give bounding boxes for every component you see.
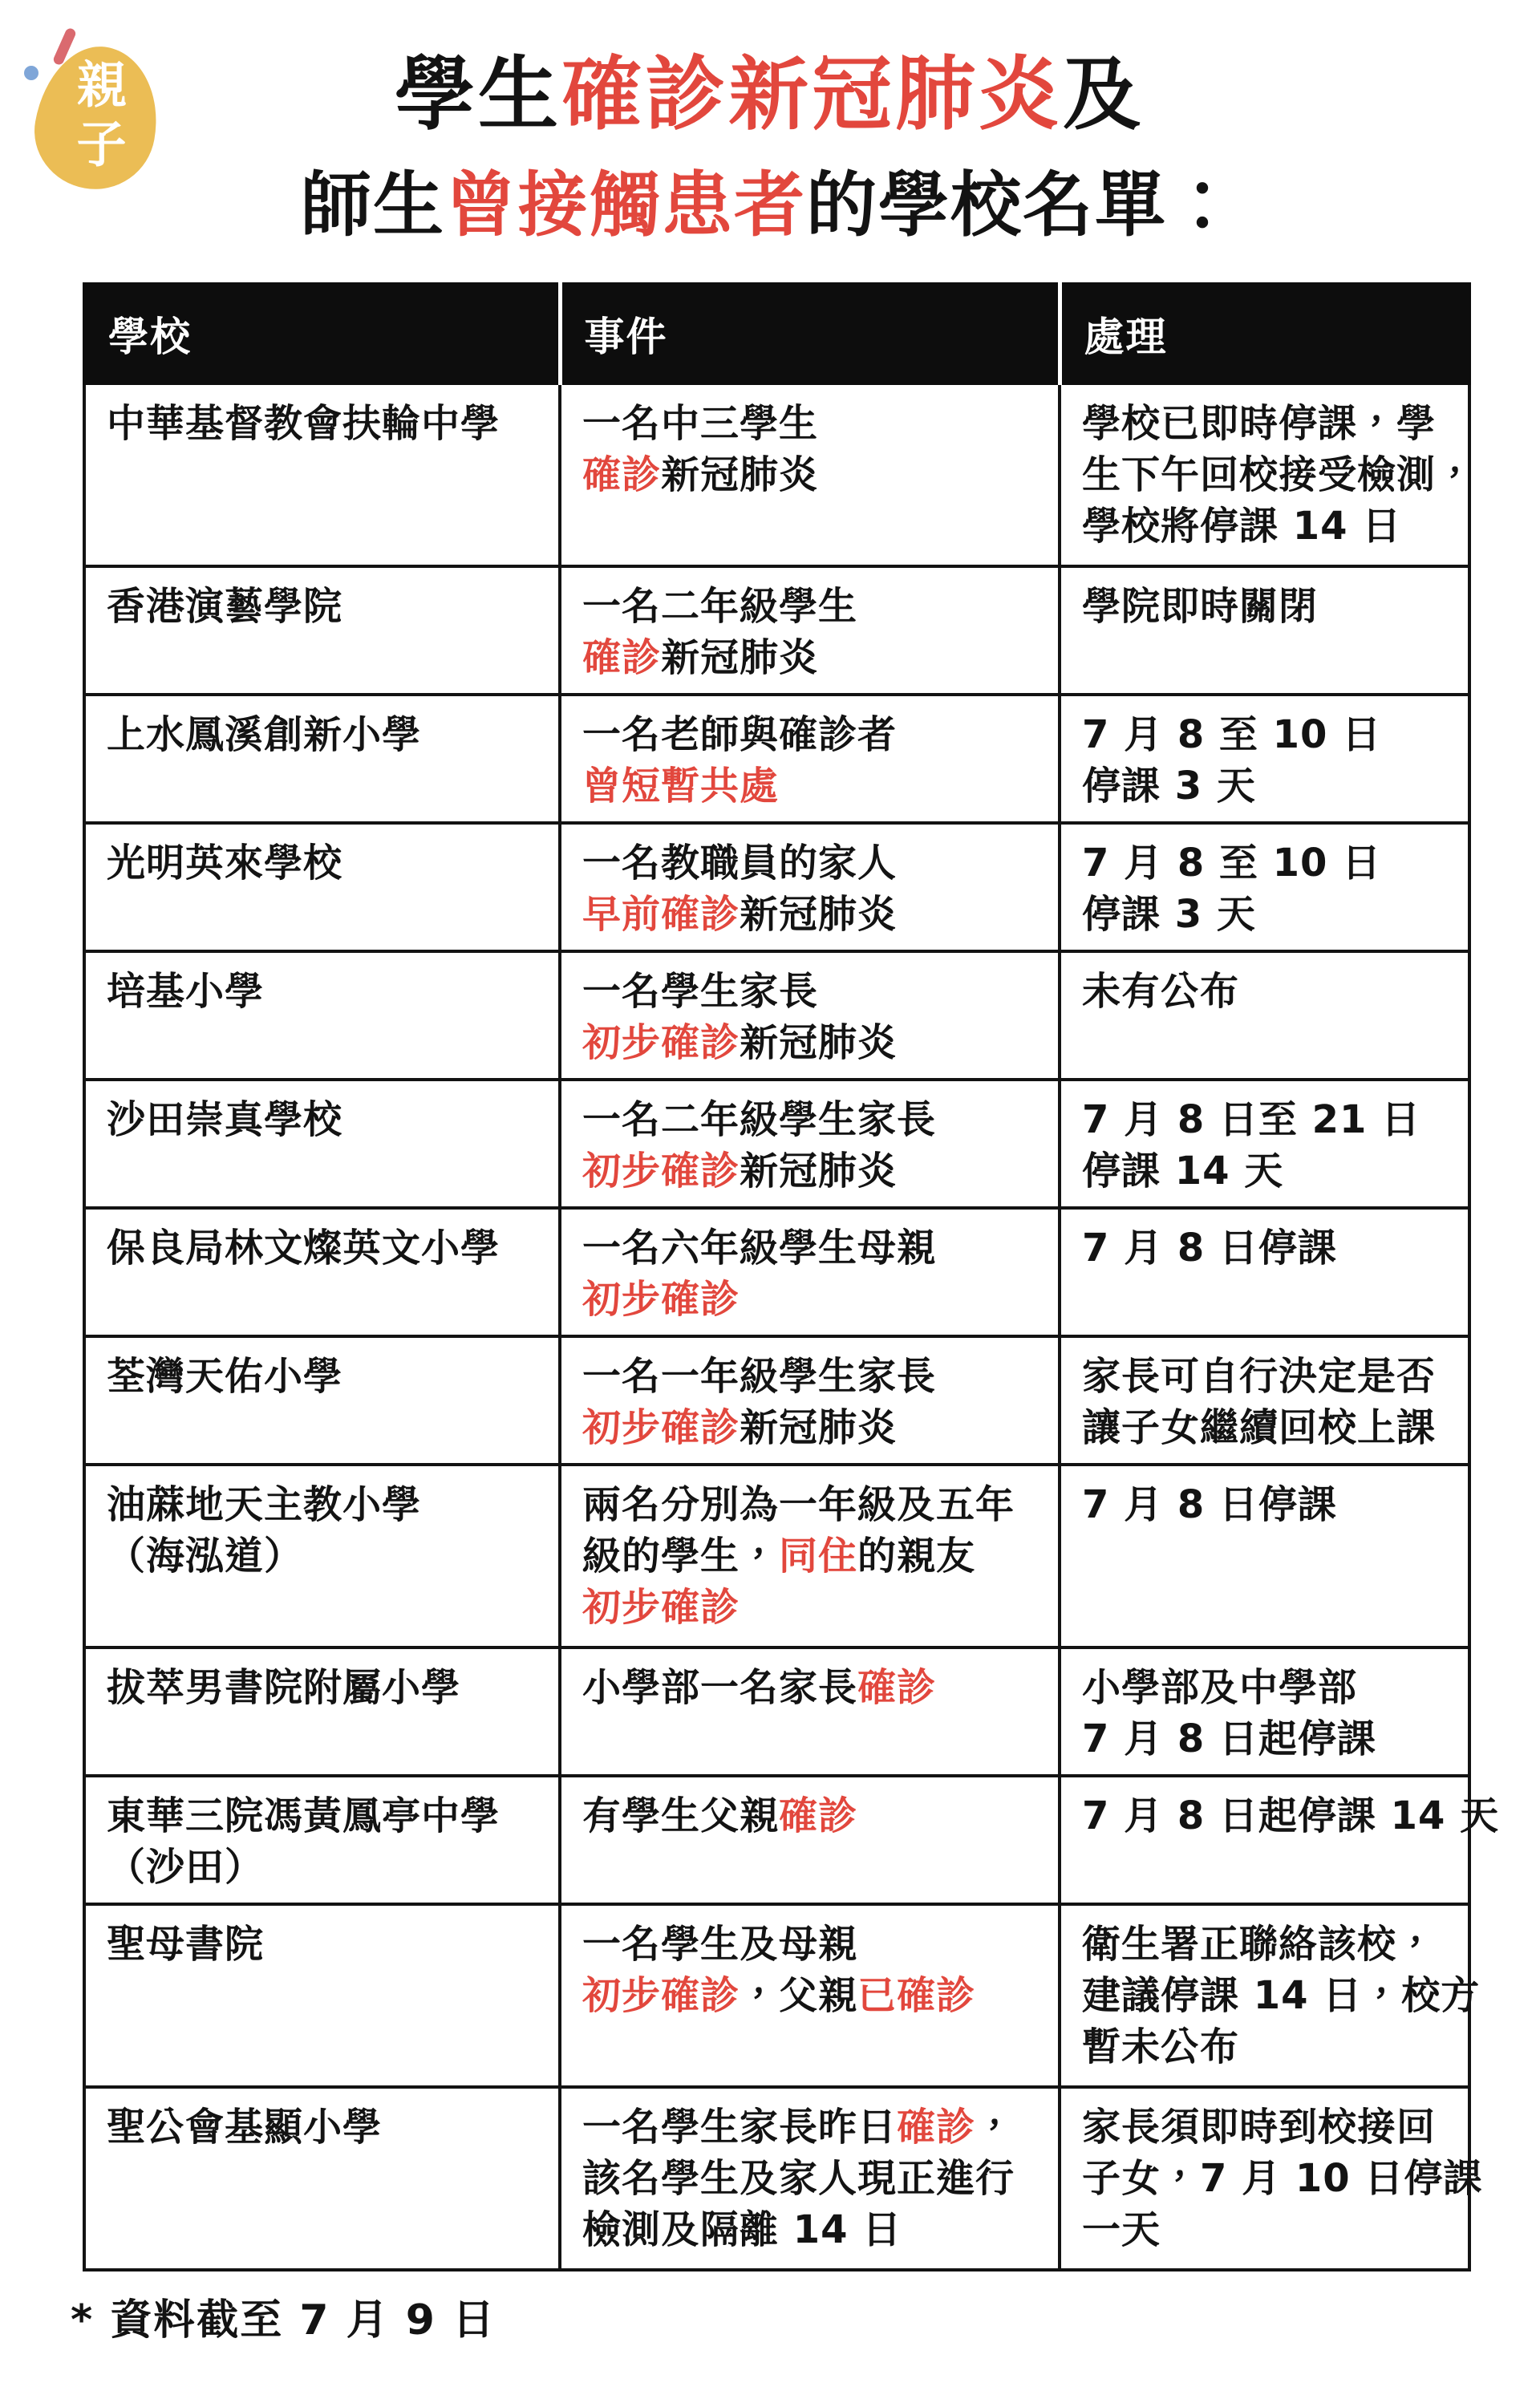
table-row: 聖母書院一名學生及母親初步確診，父親已確診衛生署正聯絡該校，建議停課 14 日，… bbox=[84, 1904, 1469, 2087]
text-segment: 師生 bbox=[301, 164, 445, 246]
text-segment: 7 月 8 至 10 日 bbox=[1082, 841, 1381, 885]
handling-cell: 家長須即時到校接回子女，7 月 10 日停課一天 bbox=[1060, 2087, 1469, 2270]
text-segment: 小學部及中學部 bbox=[1082, 1665, 1357, 1710]
cell-line: 衛生署正聯絡該校， bbox=[1082, 1919, 1449, 1970]
event-cell: 有學生父親確診 bbox=[560, 1776, 1060, 1904]
cell-line: 讓子女繼續回校上課 bbox=[1082, 1402, 1449, 1453]
school-cell: 拔萃男書院附屬小學 bbox=[84, 1647, 560, 1776]
cell-line: 東華三院馮黃鳳亭中學 bbox=[107, 1790, 539, 1842]
cell-line: 一天 bbox=[1082, 2204, 1449, 2255]
text-segment: 聖母書院 bbox=[107, 1922, 264, 1967]
event-cell: 一名二年級學生家長初步確診新冠肺炎 bbox=[560, 1080, 1060, 1208]
handling-cell: 7 月 8 日停課 bbox=[1060, 1465, 1469, 1647]
cell-line: 家長須即時到校接回 bbox=[1082, 2101, 1449, 2153]
cell-line: 一名學生及母親 bbox=[582, 1919, 1039, 1970]
table-row: 培基小學一名學生家長初步確診新冠肺炎未有公布 bbox=[84, 951, 1469, 1080]
handling-cell: 學校已即時停課，學生下午回校接受檢測，學校將停課 14 日 bbox=[1060, 383, 1469, 566]
cell-line: 7 月 8 日停課 bbox=[1082, 1479, 1449, 1530]
table-row: 上水鳳溪創新小學一名老師與確診者曾短暫共處7 月 8 至 10 日停課 3 天 bbox=[84, 695, 1469, 823]
text-segment: 一名學生家長昨日 bbox=[582, 2105, 897, 2150]
text-segment: 家長須即時到校接回 bbox=[1082, 2105, 1436, 2150]
text-segment: 及 bbox=[1062, 47, 1145, 141]
school-cell: 油蔴地天主教小學（海泓道） bbox=[84, 1465, 560, 1647]
cell-line: 小學部及中學部 bbox=[1082, 1662, 1449, 1713]
page: 親子 學生確診新冠肺炎及 師生曾接觸患者的學校名單： 學校事件處理 中華基督教會… bbox=[0, 0, 1540, 2387]
cell-line: 一名六年級學生母親 bbox=[582, 1222, 1039, 1274]
text-segment: 有學生父親 bbox=[582, 1793, 779, 1838]
handling-cell: 7 月 8 日至 21 日停課 14 天 bbox=[1060, 1080, 1469, 1208]
cell-line: 有學生父親確診 bbox=[582, 1790, 1039, 1842]
text-segment: 中華基督教會扶輪中學 bbox=[107, 401, 500, 446]
text-segment: 停課 14 天 bbox=[1082, 1149, 1283, 1193]
text-segment: 一名六年級學生母親 bbox=[582, 1226, 936, 1270]
cell-line: 初步確診，父親已確診 bbox=[582, 1970, 1039, 2021]
event-cell: 一名學生家長初步確診新冠肺炎 bbox=[560, 951, 1060, 1080]
text-segment: 7 月 8 日起停課 bbox=[1082, 1716, 1376, 1761]
cell-line: 未有公布 bbox=[1082, 966, 1449, 1017]
text-segment: 沙田崇真學校 bbox=[107, 1097, 342, 1142]
text-segment: 上水鳳溪創新小學 bbox=[107, 712, 421, 757]
school-cell: 培基小學 bbox=[84, 951, 560, 1080]
table-row: 中華基督教會扶輪中學一名中三學生確診新冠肺炎學校已即時停課，學生下午回校接受檢測… bbox=[84, 383, 1469, 566]
text-segment: 7 月 8 日起停課 14 天 bbox=[1082, 1793, 1499, 1838]
cell-line: 一名二年級學生 bbox=[582, 581, 1039, 632]
event-cell: 一名老師與確診者曾短暫共處 bbox=[560, 695, 1060, 823]
table-header-row: 學校事件處理 bbox=[84, 284, 1469, 383]
text-segment: 保良局林文燦英文小學 bbox=[107, 1226, 500, 1270]
table-row: 拔萃男書院附屬小學小學部一名家長確診小學部及中學部7 月 8 日起停課 bbox=[84, 1647, 1469, 1776]
cell-line: 初步確診新冠肺炎 bbox=[582, 1402, 1039, 1453]
column-header-handling: 處理 bbox=[1060, 284, 1469, 383]
cell-line: 停課 3 天 bbox=[1082, 889, 1449, 940]
text-segment: 讓子女繼續回校上課 bbox=[1082, 1405, 1436, 1450]
text-segment: 的親友 bbox=[857, 1534, 975, 1578]
text-segment: 停課 3 天 bbox=[1082, 764, 1256, 808]
handling-cell: 家長可自行決定是否讓子女繼續回校上課 bbox=[1060, 1336, 1469, 1465]
event-cell: 一名中三學生確診新冠肺炎 bbox=[560, 383, 1060, 566]
text-segment: 兩名分別為一年級及五年 bbox=[582, 1482, 1015, 1527]
cell-line: 確診新冠肺炎 bbox=[582, 632, 1039, 683]
cell-line: 停課 14 天 bbox=[1082, 1145, 1449, 1197]
table-row: 保良局林文燦英文小學一名六年級學生母親初步確診7 月 8 日停課 bbox=[84, 1208, 1469, 1336]
text-segment: 7 月 8 日停課 bbox=[1082, 1482, 1337, 1527]
text-segment: 一名二年級學生 bbox=[582, 584, 857, 629]
table-row: 荃灣天佑小學一名一年級學生家長初步確診新冠肺炎家長可自行決定是否讓子女繼續回校上… bbox=[84, 1336, 1469, 1465]
text-segment: ，父親 bbox=[740, 1973, 857, 2018]
text-segment: 一名二年級學生家長 bbox=[582, 1097, 936, 1142]
cell-line: 該名學生及家人現正進行 bbox=[582, 2153, 1039, 2204]
handling-cell: 未有公布 bbox=[1060, 951, 1469, 1080]
cell-line: 暫未公布 bbox=[1082, 2021, 1449, 2073]
text-segment: 級的學生， bbox=[582, 1534, 779, 1578]
logo-text: 親子 bbox=[37, 47, 157, 189]
text-segment: 學校已即時停課，學 bbox=[1082, 401, 1436, 446]
text-segment: 7 月 8 至 10 日 bbox=[1082, 712, 1381, 757]
text-segment: 新冠肺炎 bbox=[740, 892, 897, 937]
text-segment: ， bbox=[975, 2105, 1015, 2150]
cell-line: 初步確診新冠肺炎 bbox=[582, 1017, 1039, 1068]
cell-line: 級的學生，同住的親友 bbox=[582, 1530, 1039, 1582]
page-title: 學生確診新冠肺炎及 師生曾接觸患者的學校名單： bbox=[0, 40, 1540, 253]
cell-line: 初步確診新冠肺炎 bbox=[582, 1145, 1039, 1197]
cell-line: 一名學生家長 bbox=[582, 966, 1039, 1017]
text-segment: 一名教職員的家人 bbox=[582, 841, 897, 885]
cell-line: 初步確診 bbox=[582, 1582, 1039, 1633]
text-segment: 新冠肺炎 bbox=[740, 1405, 897, 1450]
event-cell: 小學部一名家長確診 bbox=[560, 1647, 1060, 1776]
cell-line: 子女，7 月 10 日停課 bbox=[1082, 2153, 1449, 2204]
cell-line: 香港演藝學院 bbox=[107, 581, 539, 632]
highlighted-text: 初步確診 bbox=[582, 1405, 740, 1450]
handling-cell: 學院即時關閉 bbox=[1060, 566, 1469, 695]
event-cell: 一名一年級學生家長初步確診新冠肺炎 bbox=[560, 1336, 1060, 1465]
event-cell: 一名教職員的家人早前確診新冠肺炎 bbox=[560, 823, 1060, 951]
highlighted-text: 確診 bbox=[897, 2105, 975, 2150]
text-segment: 新冠肺炎 bbox=[661, 452, 818, 497]
cell-line: 生下午回校接受檢測， bbox=[1082, 449, 1449, 500]
highlighted-text: 確診 bbox=[779, 1793, 857, 1838]
column-header-school: 學校 bbox=[84, 284, 560, 383]
school-cell: 保良局林文燦英文小學 bbox=[84, 1208, 560, 1336]
text-segment: 衛生署正聯絡該校， bbox=[1082, 1922, 1436, 1967]
cell-line: 上水鳳溪創新小學 bbox=[107, 709, 539, 760]
cell-line: 初步確診 bbox=[582, 1274, 1039, 1325]
school-cell: 上水鳳溪創新小學 bbox=[84, 695, 560, 823]
cell-line: 7 月 8 日停課 bbox=[1082, 1222, 1449, 1274]
text-segment: 7 月 8 日至 21 日 bbox=[1082, 1097, 1420, 1142]
text-segment: 香港演藝學院 bbox=[107, 584, 342, 629]
text-segment: 暫未公布 bbox=[1082, 2024, 1239, 2069]
cell-line: 一名中三學生 bbox=[582, 398, 1039, 449]
text-segment: 新冠肺炎 bbox=[740, 1020, 897, 1065]
column-header-event: 事件 bbox=[560, 284, 1060, 383]
text-segment: 建議停課 14 日，校方 bbox=[1082, 1973, 1480, 2018]
cell-line: 拔萃男書院附屬小學 bbox=[107, 1662, 539, 1713]
school-cell: 聖母書院 bbox=[84, 1904, 560, 2087]
highlighted-text: 曾接觸患者 bbox=[445, 164, 806, 246]
text-segment: 停課 3 天 bbox=[1082, 892, 1256, 937]
table-row: 沙田崇真學校一名二年級學生家長初步確診新冠肺炎7 月 8 日至 21 日停課 1… bbox=[84, 1080, 1469, 1208]
event-cell: 一名學生及母親初步確診，父親已確診 bbox=[560, 1904, 1060, 2087]
cell-line: 7 月 8 至 10 日 bbox=[1082, 837, 1449, 889]
cell-line: 家長可自行決定是否 bbox=[1082, 1351, 1449, 1402]
handling-cell: 小學部及中學部7 月 8 日起停課 bbox=[1060, 1647, 1469, 1776]
text-segment: 油蔴地天主教小學 bbox=[107, 1482, 421, 1527]
event-cell: 一名學生家長昨日確診，該名學生及家人現正進行檢測及隔離 14 日 bbox=[560, 2087, 1060, 2270]
cell-line: 中華基督教會扶輪中學 bbox=[107, 398, 539, 449]
text-segment: 聖公會基顯小學 bbox=[107, 2105, 382, 2150]
text-segment: 一天 bbox=[1082, 2207, 1161, 2252]
cell-line: 學校將停課 14 日 bbox=[1082, 500, 1449, 552]
cell-line: 學院即時關閉 bbox=[1082, 581, 1449, 632]
cell-line: 曾短暫共處 bbox=[582, 760, 1039, 812]
table-row: 光明英來學校一名教職員的家人早前確診新冠肺炎7 月 8 至 10 日停課 3 天 bbox=[84, 823, 1469, 951]
text-segment: 新冠肺炎 bbox=[661, 635, 818, 680]
text-segment: 一名老師與確診者 bbox=[582, 712, 897, 757]
cell-line: 建議停課 14 日，校方 bbox=[1082, 1970, 1449, 2021]
highlighted-text: 確診新冠肺炎 bbox=[561, 47, 1062, 141]
text-segment: 一名學生及母親 bbox=[582, 1922, 857, 1967]
cell-line: （海泓道） bbox=[107, 1530, 539, 1582]
cell-line: 確診新冠肺炎 bbox=[582, 449, 1039, 500]
cell-line: 一名學生家長昨日確診， bbox=[582, 2101, 1039, 2153]
text-segment: 培基小學 bbox=[107, 969, 264, 1014]
cell-line: 一名教職員的家人 bbox=[582, 837, 1039, 889]
text-segment: （沙田） bbox=[107, 1845, 264, 1890]
title-line-1: 學生確診新冠肺炎及 bbox=[0, 40, 1540, 148]
cell-line: 保良局林文燦英文小學 bbox=[107, 1222, 539, 1274]
text-segment: 一名中三學生 bbox=[582, 401, 818, 446]
logo-egg-icon: 親子 bbox=[37, 47, 157, 189]
schools-table: 學校事件處理 中華基督教會扶輪中學一名中三學生確診新冠肺炎學校已即時停課，學生下… bbox=[83, 282, 1471, 2271]
cell-line: 聖公會基顯小學 bbox=[107, 2101, 539, 2153]
table-row: 香港演藝學院一名二年級學生確診新冠肺炎學院即時關閉 bbox=[84, 566, 1469, 695]
text-segment: 7 月 8 日停課 bbox=[1082, 1226, 1337, 1270]
cell-line: 油蔴地天主教小學 bbox=[107, 1479, 539, 1530]
text-segment: 子女，7 月 10 日停課 bbox=[1082, 2156, 1482, 2201]
highlighted-text: 初步確診 bbox=[582, 1020, 740, 1065]
text-segment: 檢測及隔離 14 日 bbox=[582, 2207, 902, 2252]
cell-line: 荃灣天佑小學 bbox=[107, 1351, 539, 1402]
cell-line: 7 月 8 至 10 日 bbox=[1082, 709, 1449, 760]
text-segment: 生下午回校接受檢測， bbox=[1082, 452, 1475, 497]
school-cell: 沙田崇真學校 bbox=[84, 1080, 560, 1208]
handling-cell: 衛生署正聯絡該校，建議停課 14 日，校方暫未公布 bbox=[1060, 1904, 1469, 2087]
text-segment: 學院即時關閉 bbox=[1082, 584, 1318, 629]
cell-line: （沙田） bbox=[107, 1842, 539, 1893]
highlighted-text: 初步確診 bbox=[582, 1585, 740, 1630]
text-segment: 一名一年級學生家長 bbox=[582, 1354, 936, 1399]
text-segment: 東華三院馮黃鳳亭中學 bbox=[107, 1793, 500, 1838]
handling-cell: 7 月 8 至 10 日停課 3 天 bbox=[1060, 695, 1469, 823]
highlighted-text: 初步確診 bbox=[582, 1149, 740, 1193]
cell-line: 小學部一名家長確診 bbox=[582, 1662, 1039, 1713]
text-segment: 光明英來學校 bbox=[107, 841, 342, 885]
handling-cell: 7 月 8 日停課 bbox=[1060, 1208, 1469, 1336]
event-cell: 一名二年級學生確診新冠肺炎 bbox=[560, 566, 1060, 695]
text-segment: 一名學生家長 bbox=[582, 969, 818, 1014]
cell-line: 停課 3 天 bbox=[1082, 760, 1449, 812]
highlighted-text: 確診 bbox=[857, 1665, 936, 1710]
handling-cell: 7 月 8 至 10 日停課 3 天 bbox=[1060, 823, 1469, 951]
text-segment: 未有公布 bbox=[1082, 969, 1239, 1014]
text-segment: 的學校名單： bbox=[806, 164, 1239, 246]
school-cell: 東華三院馮黃鳳亭中學（沙田） bbox=[84, 1776, 560, 1904]
cell-line: 7 月 8 日起停課 14 天 bbox=[1082, 1790, 1449, 1842]
highlighted-text: 早前確診 bbox=[582, 892, 740, 937]
cell-line: 學校已即時停課，學 bbox=[1082, 398, 1449, 449]
text-segment: 家長可自行決定是否 bbox=[1082, 1354, 1436, 1399]
text-segment: 荃灣天佑小學 bbox=[107, 1354, 342, 1399]
text-segment: （海泓道） bbox=[107, 1534, 303, 1578]
cell-line: 一名一年級學生家長 bbox=[582, 1351, 1039, 1402]
event-cell: 一名六年級學生母親初步確診 bbox=[560, 1208, 1060, 1336]
highlighted-text: 初步確診 bbox=[582, 1277, 740, 1322]
cell-line: 7 月 8 日至 21 日 bbox=[1082, 1094, 1449, 1145]
table-row: 東華三院馮黃鳳亭中學（沙田）有學生父親確診7 月 8 日起停課 14 天 bbox=[84, 1776, 1469, 1904]
cell-line: 兩名分別為一年級及五年 bbox=[582, 1479, 1039, 1530]
text-segment: 新冠肺炎 bbox=[740, 1149, 897, 1193]
school-cell: 聖公會基顯小學 bbox=[84, 2087, 560, 2270]
highlighted-text: 曾短暫共處 bbox=[582, 764, 779, 808]
text-segment: 小學部一名家長 bbox=[582, 1665, 857, 1710]
handling-cell: 7 月 8 日起停課 14 天 bbox=[1060, 1776, 1469, 1904]
text-segment: 學校將停課 14 日 bbox=[1082, 504, 1401, 549]
title-line-2: 師生曾接觸患者的學校名單： bbox=[0, 158, 1540, 253]
footer-note: * 資料截至 7 月 9 日 bbox=[71, 2286, 496, 2346]
school-cell: 中華基督教會扶輪中學 bbox=[84, 383, 560, 566]
highlighted-text: 已確診 bbox=[857, 1973, 975, 2018]
school-cell: 荃灣天佑小學 bbox=[84, 1336, 560, 1465]
highlighted-text: 確診 bbox=[582, 452, 661, 497]
highlighted-text: 初步確診 bbox=[582, 1973, 740, 2018]
cell-line: 培基小學 bbox=[107, 966, 539, 1017]
cell-line: 光明英來學校 bbox=[107, 837, 539, 889]
school-cell: 香港演藝學院 bbox=[84, 566, 560, 695]
cell-line: 一名二年級學生家長 bbox=[582, 1094, 1039, 1145]
event-cell: 兩名分別為一年級及五年級的學生，同住的親友初步確診 bbox=[560, 1465, 1060, 1647]
cell-line: 沙田崇真學校 bbox=[107, 1094, 539, 1145]
text-segment: 該名學生及家人現正進行 bbox=[582, 2156, 1015, 2201]
table-row: 油蔴地天主教小學（海泓道）兩名分別為一年級及五年級的學生，同住的親友初步確診7 … bbox=[84, 1465, 1469, 1647]
text-segment: 學生 bbox=[395, 47, 561, 141]
highlighted-text: 同住 bbox=[779, 1534, 857, 1578]
cell-line: 一名老師與確診者 bbox=[582, 709, 1039, 760]
cell-line: 檢測及隔離 14 日 bbox=[582, 2204, 1039, 2255]
table-row: 聖公會基顯小學一名學生家長昨日確診，該名學生及家人現正進行檢測及隔離 14 日家… bbox=[84, 2087, 1469, 2270]
highlighted-text: 確診 bbox=[582, 635, 661, 680]
cell-line: 7 月 8 日起停課 bbox=[1082, 1713, 1449, 1765]
cell-line: 早前確診新冠肺炎 bbox=[582, 889, 1039, 940]
cell-line: 聖母書院 bbox=[107, 1919, 539, 1970]
school-cell: 光明英來學校 bbox=[84, 823, 560, 951]
text-segment: 拔萃男書院附屬小學 bbox=[107, 1665, 460, 1710]
